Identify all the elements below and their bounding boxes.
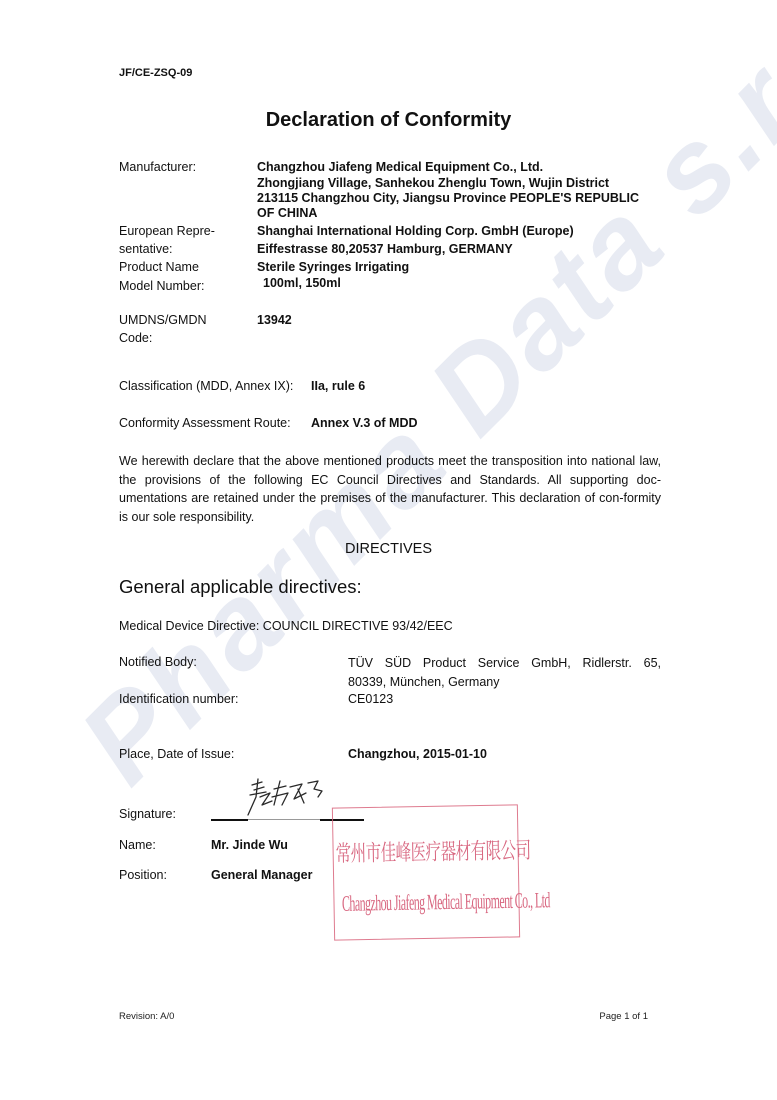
classification-label: Classification (MDD, Annex IX): [119, 379, 293, 393]
declaration-paragraph: We herewith declare that the above menti… [119, 452, 661, 526]
stamp-chinese-text: 常州市佳峰医疗器材有限公司 [335, 833, 518, 868]
classification-value: IIa, rule 6 [311, 379, 365, 393]
notified-body-value: TÜV SÜD Product Service GmbH, Ridlerstr.… [348, 654, 661, 691]
notified-body-label: Notified Body: [119, 655, 197, 669]
signature-label: Signature: [119, 807, 176, 821]
position-label: Position: [119, 868, 167, 882]
place-date-value: Changzhou, 2015-01-10 [348, 747, 487, 761]
product-name-label: Product Name [119, 260, 199, 274]
model-number-label: Model Number: [119, 279, 204, 293]
page-number: Page 1 of 1 [599, 1011, 648, 1022]
directives-heading: DIRECTIVES [0, 541, 777, 557]
document-code: JF/CE-ZSQ-09 [119, 67, 192, 79]
general-directives-heading: General applicable directives: [119, 576, 362, 598]
umdns-label-1: UMDNS/GMDN [119, 313, 207, 327]
manufacturer-line-3: 213115 Changzhou City, Jiangsu Province … [257, 191, 639, 205]
name-value: Mr. Jinde Wu [211, 838, 288, 852]
place-date-label: Place, Date of Issue: [119, 747, 234, 761]
product-name-value: Sterile Syringes Irrigating [257, 260, 409, 274]
manufacturer-label: Manufacturer: [119, 160, 196, 174]
notified-body-line-1: TÜV SÜD Product Service GmbH, Ridlerstr.… [348, 654, 661, 673]
handwritten-signature [244, 775, 324, 819]
manufacturer-line-4: OF CHINA [257, 206, 317, 220]
stamp-english-text: Changzhou Jiafeng Medical Equipment Co.,… [342, 887, 514, 917]
name-label: Name: [119, 838, 156, 852]
european-rep-label-1: European Repre- [119, 224, 215, 238]
model-number-value: 100ml, 150ml [263, 276, 341, 290]
assessment-route-label: Conformity Assessment Route: [119, 416, 291, 430]
assessment-route-value: Annex V.3 of MDD [311, 416, 418, 430]
page-title: Declaration of Conformity [0, 109, 777, 132]
umdns-label-2: Code: [119, 331, 152, 345]
european-rep-value-1: Shanghai International Holding Corp. Gmb… [257, 224, 574, 238]
identification-number-value: CE0123 [348, 692, 393, 706]
company-stamp: 常州市佳峰医疗器材有限公司 Changzhou Jiafeng Medical … [332, 804, 520, 940]
manufacturer-line-2: Zhongjiang Village, Sanhekou Zhenglu Tow… [257, 176, 609, 190]
european-rep-label-2: sentative: [119, 242, 173, 256]
signature-line-faint [248, 819, 328, 820]
umdns-value: 13942 [257, 313, 292, 327]
medical-device-directive: Medical Device Directive: COUNCIL DIRECT… [119, 619, 453, 633]
position-value: General Manager [211, 868, 312, 882]
identification-number-label: Identification number: [119, 692, 239, 706]
manufacturer-line-1: Changzhou Jiafeng Medical Equipment Co.,… [257, 160, 543, 174]
notified-body-line-2: 80339, München, Germany [348, 673, 661, 692]
revision-label: Revision: A/0 [119, 1011, 174, 1022]
document-page: JF/CE-ZSQ-09 Declaration of Conformity M… [0, 0, 777, 1100]
signature-line [211, 819, 248, 821]
european-rep-value-2: Eiffestrasse 80,20537 Hamburg, GERMANY [257, 242, 513, 256]
